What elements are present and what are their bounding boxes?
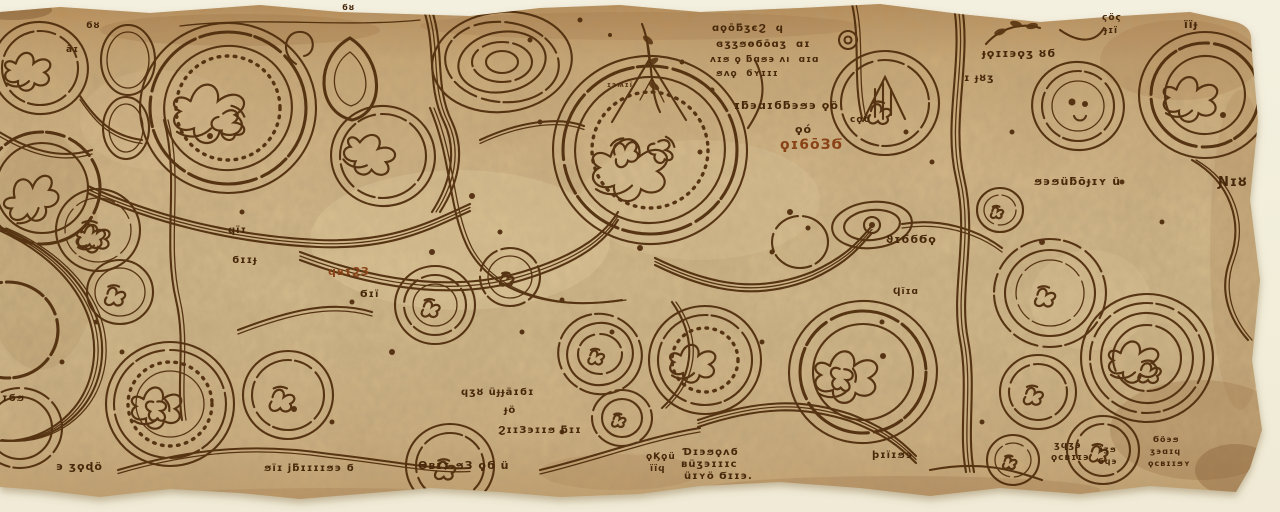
- medallion: [592, 390, 652, 446]
- manuscript-image: äɪ ϭȣ ϭȣ ɪ϶ʍɪï ɑϙōƃʒєϨ ϥ ɞʒʒϧɵϭōɑʒ ɑɪ ʌɪ…: [0, 0, 1280, 512]
- parchment-artwork: [0, 0, 1280, 512]
